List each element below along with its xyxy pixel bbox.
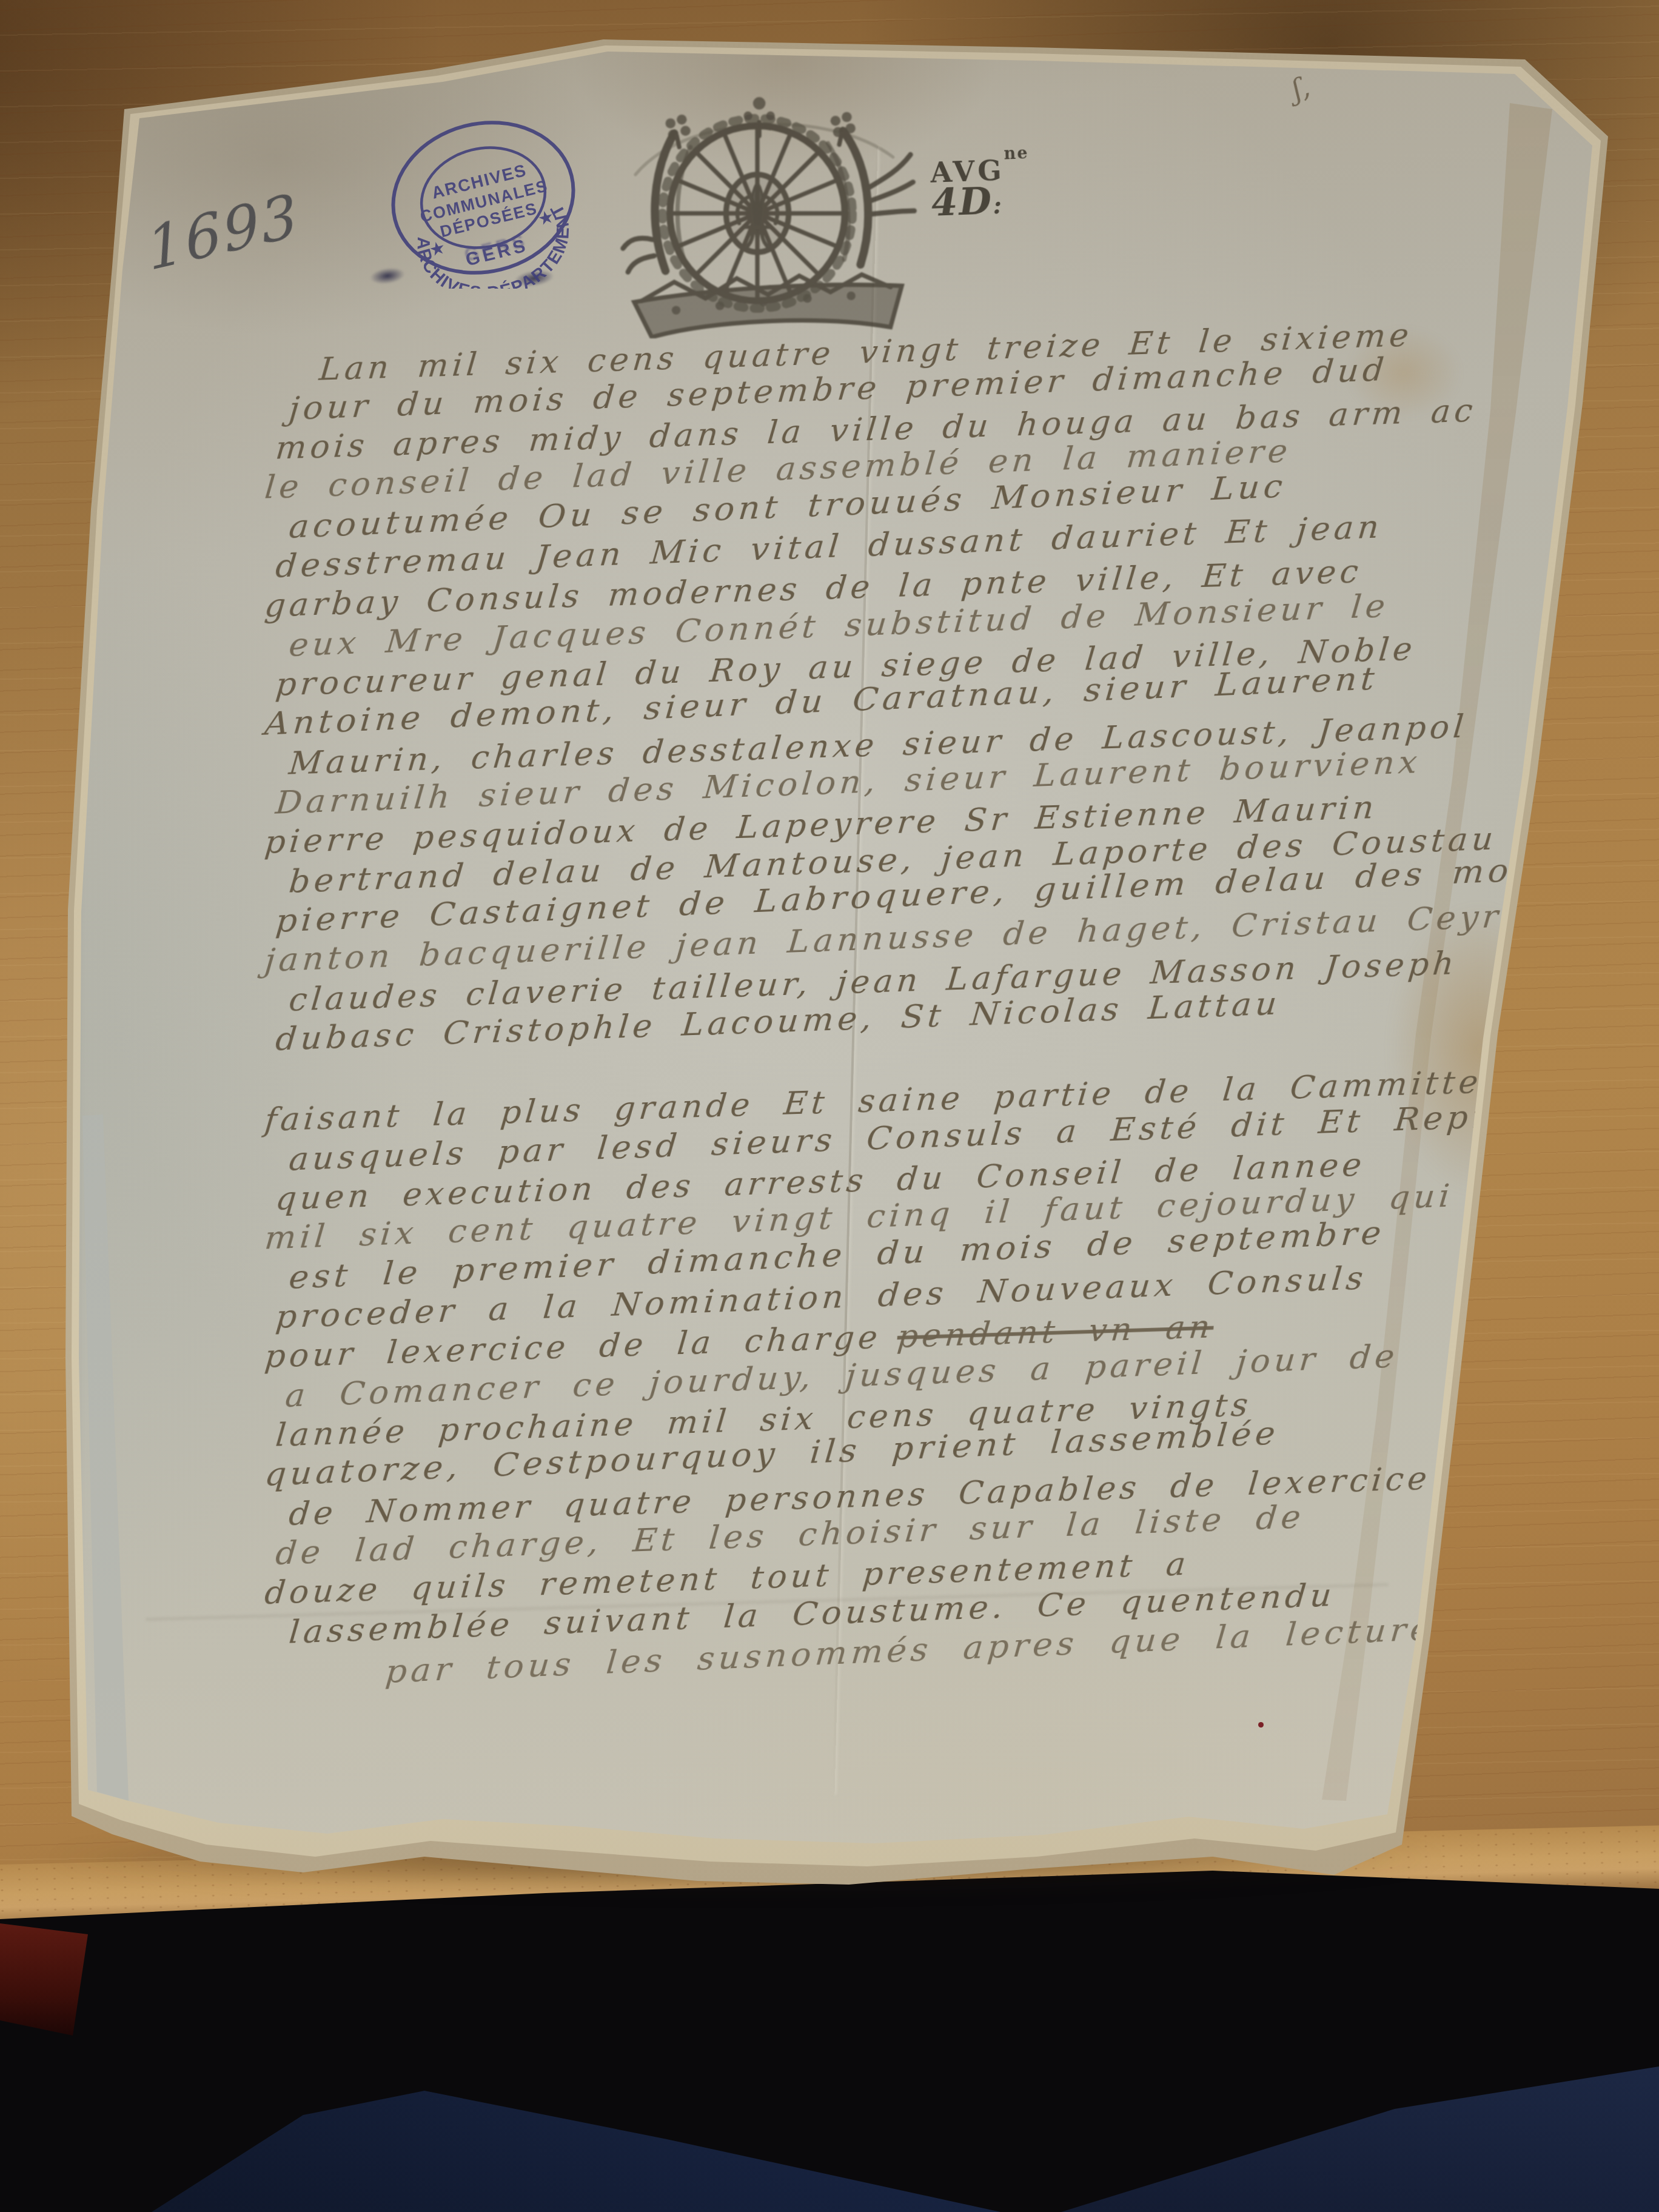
manuscript-paragraph-2: faisant la plus grande Et saine partie d… — [261, 1101, 1583, 1692]
duty-superscript: ne — [1004, 144, 1029, 163]
duty-value-stamp: AVGne 4D: — [930, 145, 1031, 222]
archives-departementales-stamp: ARCHIVES DÉPARTEMENTALES ARCHIVES COMMUN… — [374, 107, 592, 289]
duty-value: 4D — [931, 178, 993, 224]
manuscript-paragraph-1: Lan mil six cens quatre vingt treize Et … — [261, 350, 1583, 1060]
red-ink-speck — [1258, 1722, 1264, 1728]
duty-dots: : — [992, 191, 1003, 220]
paper-top-sheet: 1693 ʃ, ~ ARCHIVES DÉPARTEMENTALES ARCHI… — [55, 24, 1643, 1928]
stamp-bottom-text: GERS — [464, 235, 531, 270]
crowned-sun-fiscal-stamp-icon — [614, 95, 920, 338]
archival-manuscript-photo: 1693 ʃ, ~ ARCHIVES DÉPARTEMENTALES ARCHI… — [0, 0, 1659, 2212]
manuscript-text-block: Lan mil six cens quatre vingt treize Et … — [261, 350, 1583, 1692]
paper-stack: 1693 ʃ, ~ ARCHIVES DÉPARTEMENTALES ARCHI… — [55, 24, 1643, 1928]
